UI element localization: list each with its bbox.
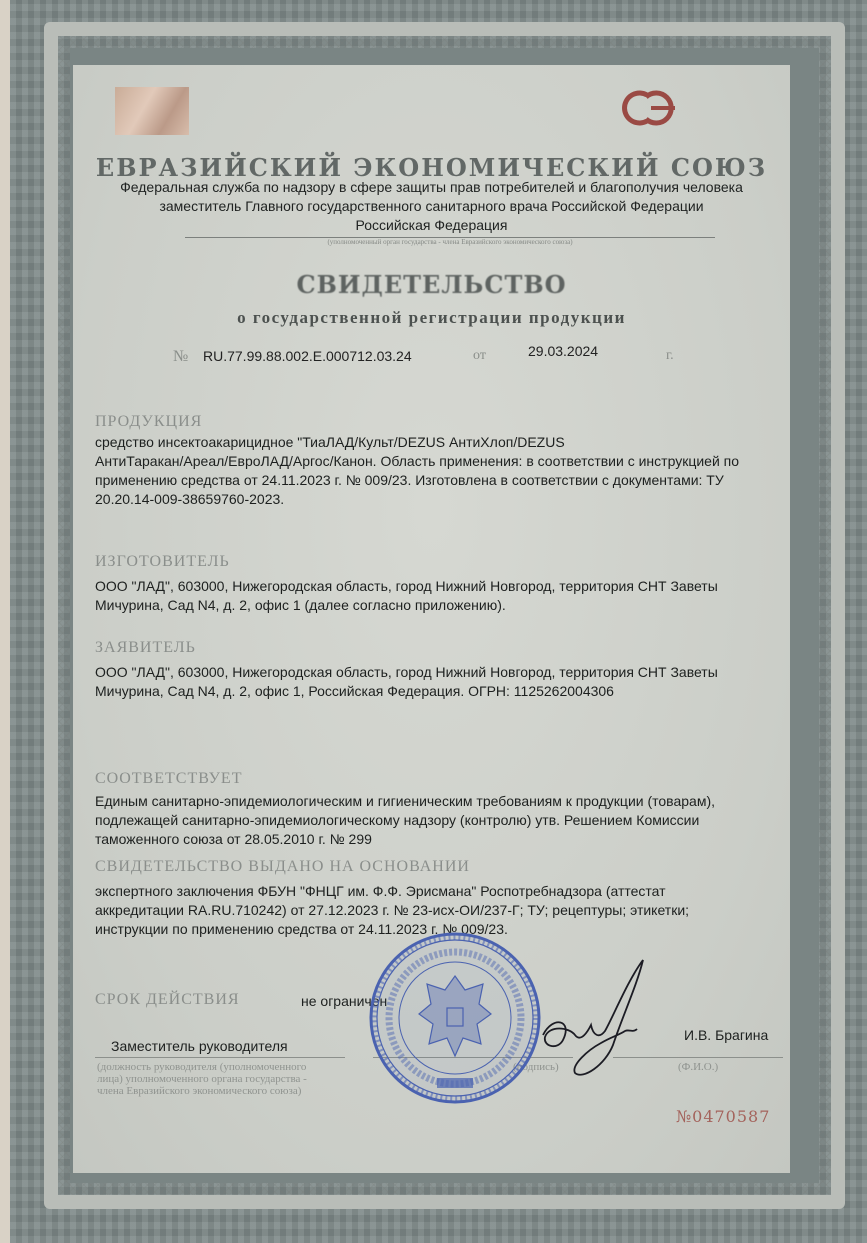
official-stamp-icon: [365, 928, 545, 1108]
section-heading-complies: СООТВЕТСТВУЕТ: [95, 770, 242, 788]
section-body-applicant: ООО "ЛАД", 603000, Нижегородская область…: [95, 663, 785, 701]
signer-position: Заместитель руководителя: [111, 1037, 288, 1056]
authority-line: заместитель Главного государственного са…: [81, 197, 782, 216]
certificate-paper: ЕВРАЗИЙСКИЙ ЭКОНОМИЧЕСКИЙ СОЮЗ Федеральн…: [73, 65, 790, 1173]
text-line: 20.20.14-009-38659760-2023.: [95, 490, 785, 509]
position-caption: (должность руководителя (уполномоченного…: [97, 1061, 307, 1097]
text-line: Единым санитарно-эпидемиологическим и ги…: [95, 792, 785, 811]
text-line: Мичурина, Сад N4, д. 2, офис 1 (далее со…: [95, 596, 785, 615]
text-line: подлежащей санитарно-эпидемиологическому…: [95, 811, 785, 830]
number-label: №: [173, 348, 188, 366]
authority-block: Федеральная служба по надзору в сфере за…: [81, 178, 782, 235]
section-body-manufacturer: ООО "ЛАД", 603000, Нижегородская область…: [95, 577, 785, 615]
signer-name: И.В. Брагина: [684, 1026, 768, 1045]
certificate-subtitle: о государственной регистрации продукции: [73, 308, 790, 328]
position-line: [95, 1057, 345, 1058]
text-line: АнтиТаракан/Ареал/ЕвроЛАД/Аргос/Канон. О…: [95, 452, 785, 471]
authority-caption: (уполномоченный орган государства - член…: [185, 238, 715, 246]
text-line: экспертного заключения ФБУН "ФНЦГ им. Ф.…: [95, 882, 785, 901]
text-line: таможенного союза от 28.05.2010 г. № 299: [95, 830, 785, 849]
certificate-title: СВИДЕТЕЛЬСТВО: [73, 270, 790, 299]
text-line: ООО "ЛАД", 603000, Нижегородская область…: [95, 577, 785, 596]
section-heading-manufacturer: ИЗГОТОВИТЕЛЬ: [95, 553, 230, 571]
section-body-product: средство инсектоакарицидное "ТиаЛАД/Куль…: [95, 433, 785, 509]
certificate-date: 29.03.2024: [528, 343, 598, 359]
section-heading-validity: СРОК ДЕЙСТВИЯ: [95, 991, 240, 1009]
caption-line: лица) уполномоченного органа государства…: [97, 1073, 307, 1085]
hologram-sticker: [115, 87, 189, 135]
text-line: средство инсектоакарицидное "ТиаЛАД/Куль…: [95, 433, 785, 452]
se-mark-icon: [613, 83, 693, 133]
section-heading-product: ПРОДУКЦИЯ: [95, 413, 202, 431]
authority-line: Российская Федерация: [81, 216, 782, 235]
text-line: применению средства от 24.11.2023 г. № 0…: [95, 471, 785, 490]
text-line: ООО "ЛАД", 603000, Нижегородская область…: [95, 663, 785, 682]
handwritten-signature-icon: [533, 955, 653, 1085]
section-heading-basis: СВИДЕТЕЛЬСТВО ВЫДАНО НА ОСНОВАНИИ: [95, 858, 470, 876]
authority-line: Федеральная служба по надзору в сфере за…: [81, 178, 782, 197]
caption-line: члена Евразийского экономического союза): [97, 1085, 307, 1097]
serial-number: №0470587: [676, 1107, 770, 1126]
name-caption: (Ф.И.О.): [678, 1061, 718, 1073]
year-suffix: г.: [666, 348, 674, 364]
from-label: от: [473, 348, 486, 364]
text-line: аккредитации RA.RU.710242) от 27.12.2023…: [95, 901, 785, 920]
caption-line: (должность руководителя (уполномоченного: [97, 1061, 307, 1073]
section-body-complies: Единым санитарно-эпидемиологическим и ги…: [95, 792, 785, 849]
section-heading-applicant: ЗАЯВИТЕЛЬ: [95, 639, 196, 657]
text-line: Мичурина, Сад N4, д. 2, офис 1, Российск…: [95, 682, 785, 701]
certificate-number: RU.77.99.88.002.E.000712.03.24: [203, 348, 412, 364]
